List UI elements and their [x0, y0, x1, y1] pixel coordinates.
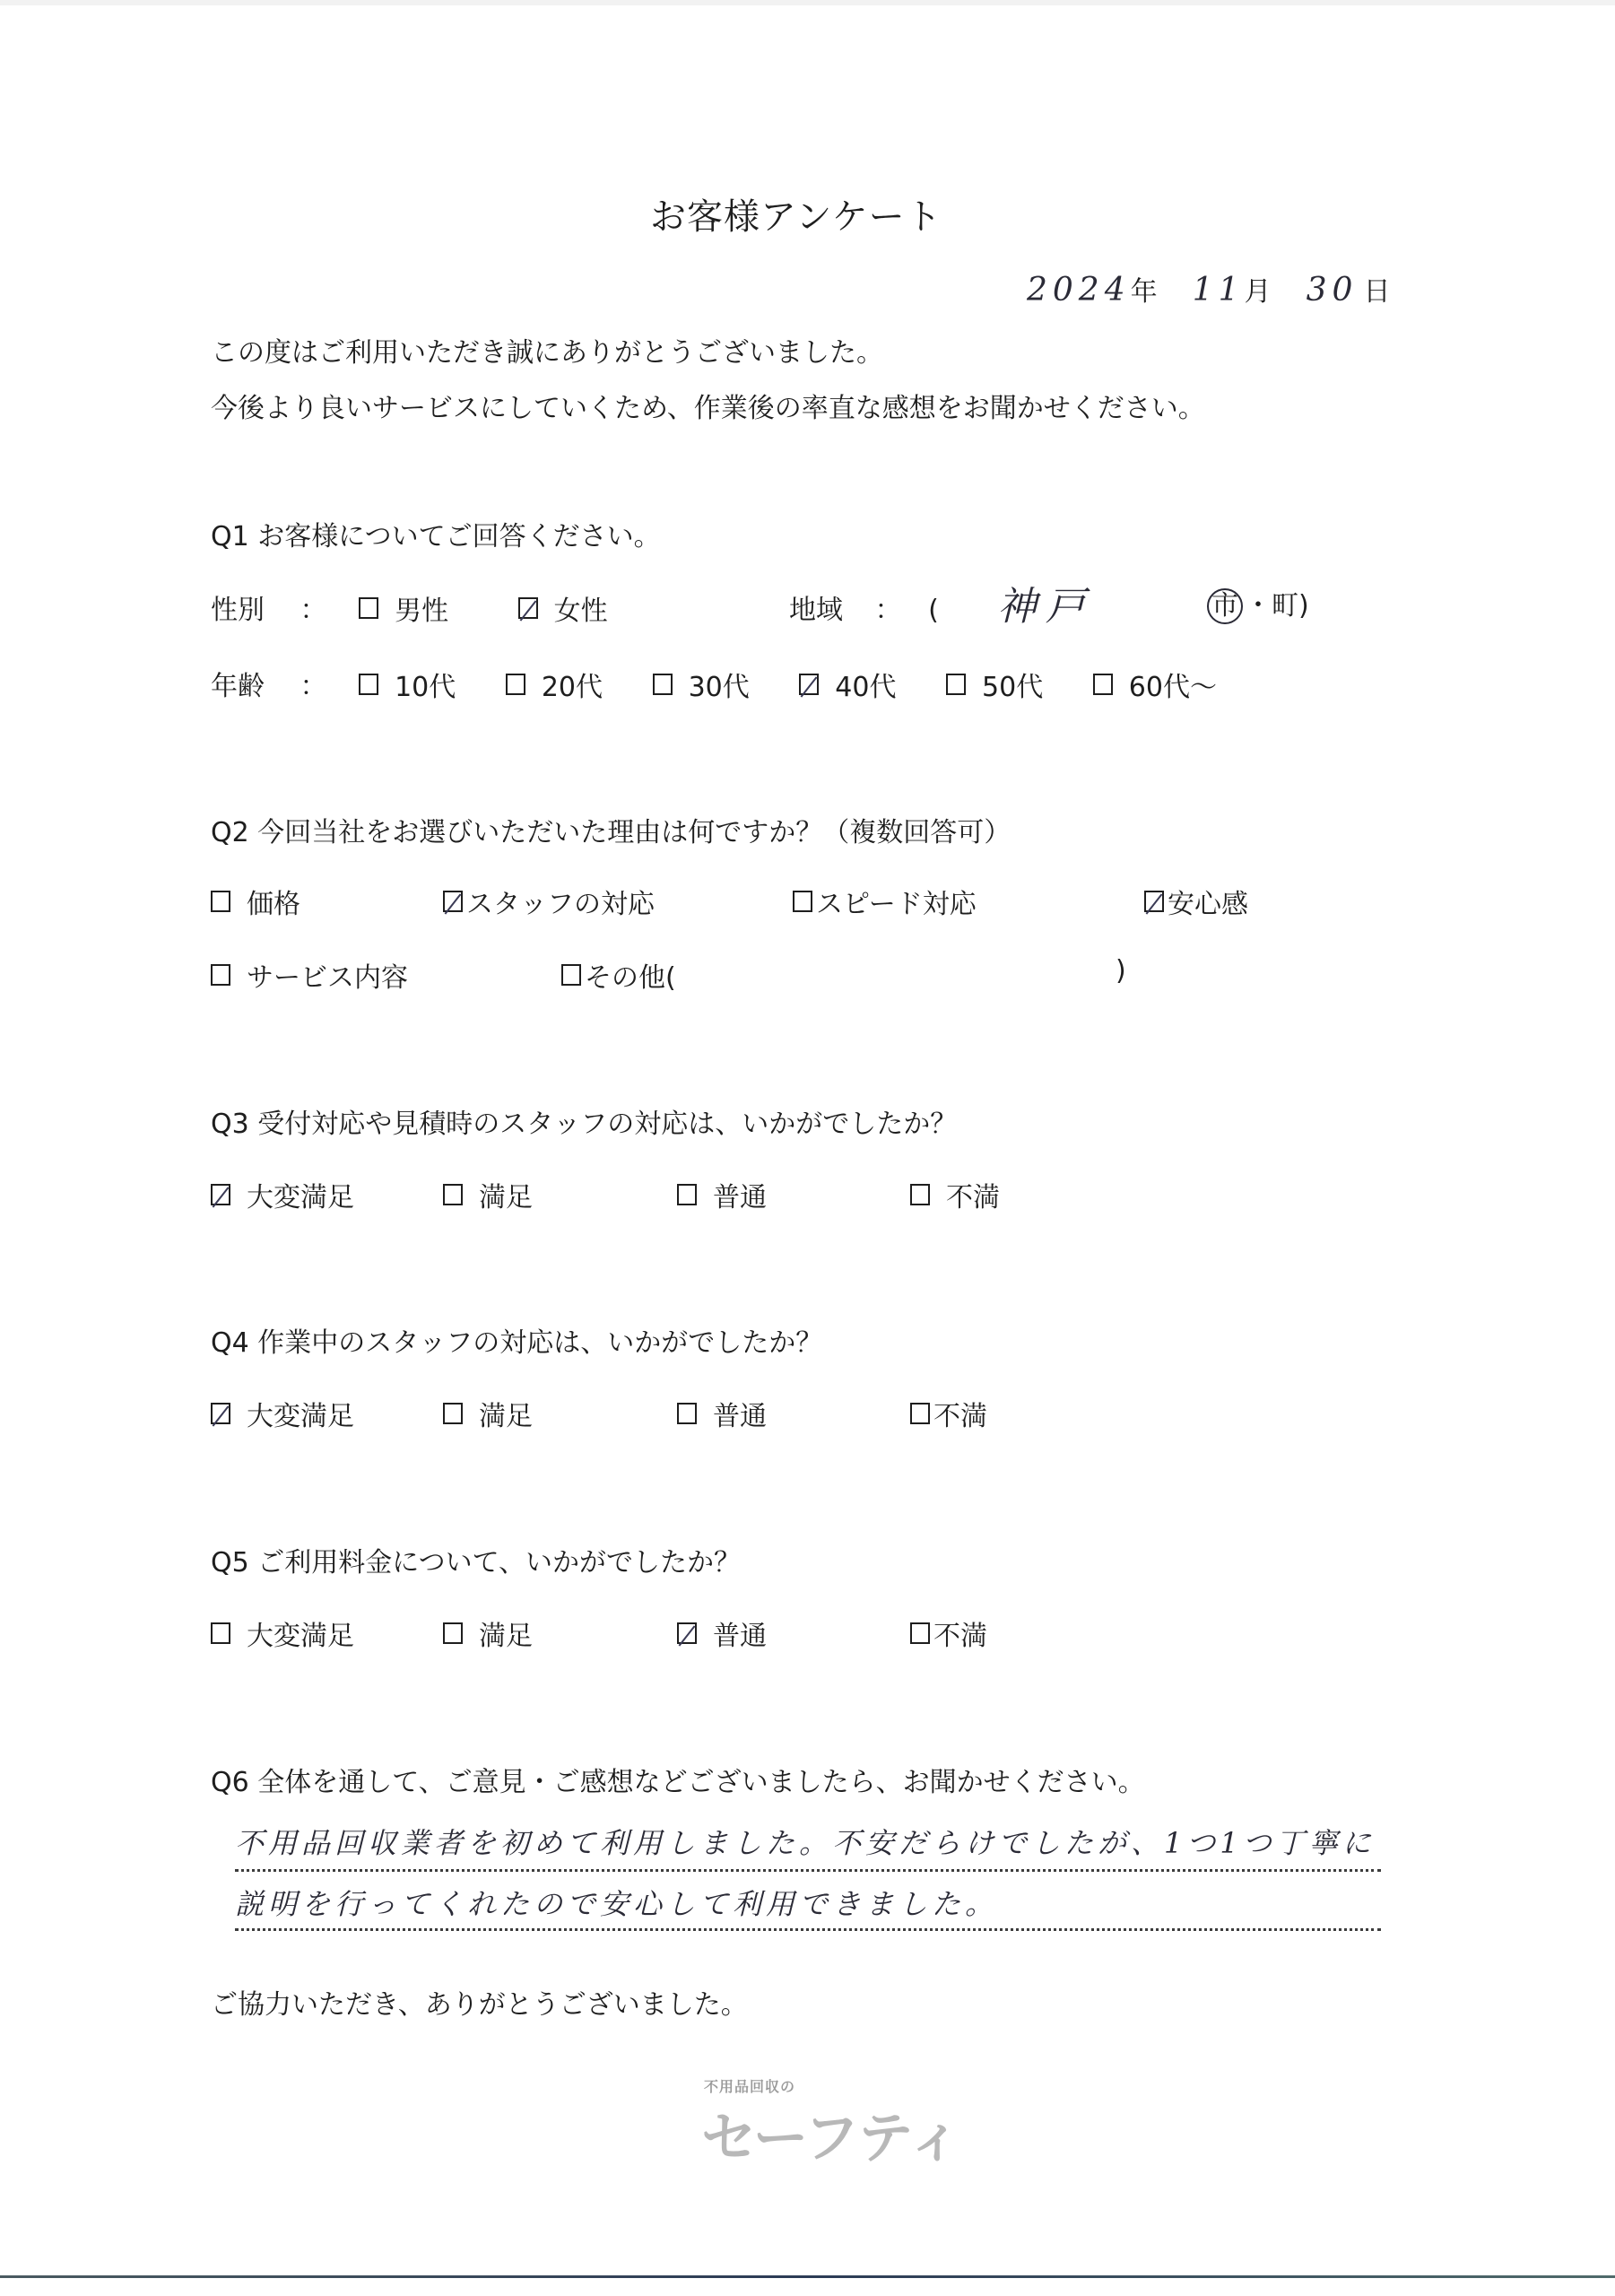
date-line: 2024年 11月 30日: [1027, 269, 1390, 309]
checkbox-q4-satisfied[interactable]: [443, 1403, 463, 1424]
q2-heading: Q2 今回当社をお選びいただいた理由は何ですか？（複数回答可）: [211, 810, 1011, 849]
q5-heading: Q5 ご利用料金について、いかがでしたか？: [211, 1540, 741, 1579]
checkbox-q5-dissatisfied[interactable]: [910, 1622, 930, 1644]
age-option-label: 20代: [542, 665, 603, 704]
checkbox-q5-satisfied[interactable]: [443, 1622, 463, 1644]
q2-option-other[interactable]: その他(: [561, 955, 676, 995]
q4-option-label: 満足: [479, 1394, 533, 1433]
q5-option-label: 大変満足: [247, 1613, 354, 1653]
date-day-unit: 日: [1363, 276, 1390, 308]
checkbox-10s[interactable]: [359, 674, 378, 695]
checkbox-female-checked[interactable]: [518, 597, 538, 619]
q4-option-dissatisfied[interactable]: 不満: [910, 1394, 987, 1433]
q4-option-very-satisfied[interactable]: 大変満足: [211, 1394, 354, 1433]
q2-option-label: 価格: [247, 882, 300, 921]
checkbox-speed[interactable]: [793, 891, 812, 912]
checkbox-q5-average-checked[interactable]: [677, 1622, 697, 1644]
q3-option-very-satisfied[interactable]: 大変満足: [211, 1175, 354, 1214]
age-option-60s-plus[interactable]: 60代～: [1093, 665, 1217, 704]
q1-heading: Q1 お客様についてご回答ください。: [211, 514, 661, 553]
q6-answer-line-1[interactable]: 不用品回収業者を初めて利用しました。不安だらけでしたが、1つ1つ丁寧に: [235, 1821, 1376, 1862]
closing-message: ご協力いただき、ありがとうございました。: [211, 1982, 748, 2022]
age-option-30s[interactable]: 30代: [653, 665, 750, 704]
q4-option-label: 大変満足: [247, 1394, 354, 1433]
checkbox-50s[interactable]: [946, 674, 966, 695]
date-month-unit: 月: [1245, 276, 1272, 308]
q5-option-satisfied[interactable]: 満足: [443, 1613, 533, 1653]
q2-option-label: サービス内容: [247, 955, 408, 995]
q5-option-average[interactable]: 普通: [677, 1613, 767, 1653]
age-option-label: 50代: [982, 665, 1043, 704]
q2-option-peace-of-mind[interactable]: 安心感: [1144, 882, 1248, 921]
date-year[interactable]: 2024: [1027, 272, 1131, 309]
q5-option-dissatisfied[interactable]: 不満: [910, 1613, 987, 1653]
checkbox-q3-dissatisfied[interactable]: [910, 1184, 930, 1205]
age-option-label: 10代: [395, 665, 456, 704]
q2-option-speed[interactable]: スピード対応: [793, 882, 977, 921]
checkbox-q5-very-satisfied[interactable]: [211, 1622, 230, 1644]
gender-label: 性別: [211, 595, 265, 626]
q1-age-row: 年齢 ： 10代 20代 30代 40代 50代 60代～: [211, 664, 1217, 704]
q4-heading: Q4 作業中のスタッフの対応は、いかがでしたか？: [211, 1320, 822, 1360]
q5-option-very-satisfied[interactable]: 大変満足: [211, 1613, 354, 1653]
checkbox-service[interactable]: [211, 964, 230, 986]
scan-top-edge: [0, 0, 1615, 5]
checkbox-20s[interactable]: [506, 674, 525, 695]
q2-option-service[interactable]: サービス内容: [211, 955, 408, 995]
age-option-50s[interactable]: 50代: [946, 665, 1043, 704]
q6-answer-rule-1: [235, 1869, 1381, 1872]
form-title: お客様アンケート: [650, 188, 942, 239]
q2-option-staff[interactable]: スタッフの対応: [443, 882, 655, 921]
region-colon: ：: [875, 595, 902, 626]
checkbox-q3-satisfied[interactable]: [443, 1184, 463, 1205]
intro-line-1: この度はご利用いただき誠にありがとうございました。: [211, 330, 883, 370]
checkbox-q4-very-satisfied-checked[interactable]: [211, 1403, 230, 1424]
q3-option-average[interactable]: 普通: [677, 1175, 767, 1214]
checkbox-q4-dissatisfied[interactable]: [910, 1403, 930, 1424]
age-option-label: 40代: [835, 665, 896, 704]
q5-option-label: 不満: [933, 1613, 987, 1653]
q2-option-label: その他(: [585, 955, 676, 995]
scan-bottom-rule: [0, 2275, 1615, 2278]
age-option-20s[interactable]: 20代: [506, 665, 603, 704]
date-month[interactable]: 11: [1193, 272, 1245, 309]
checkbox-q3-very-satisfied-checked[interactable]: [211, 1184, 230, 1205]
checkbox-price[interactable]: [211, 891, 230, 912]
gender-option-male[interactable]: 男性: [359, 588, 448, 628]
checkbox-30s[interactable]: [653, 674, 673, 695]
q3-heading: Q3 受付対応や見積時のスタッフの対応は、いかがでしたか？: [211, 1101, 957, 1141]
gender-option-label: 女性: [554, 588, 608, 628]
q3-option-label: 不満: [946, 1175, 1000, 1214]
region-separator: ・: [1245, 590, 1272, 622]
q1-gender-row: 性別 ： 男性 女性: [211, 587, 608, 628]
checkbox-60s-plus[interactable]: [1093, 674, 1113, 695]
q2-other-input[interactable]: [690, 955, 1112, 991]
q3-option-label: 大変満足: [247, 1175, 354, 1214]
q1-region-row: 地域 ： (: [789, 587, 939, 627]
q2-option-label: スピード対応: [816, 882, 977, 921]
q2-other-close-paren: ): [1116, 955, 1126, 987]
checkbox-male[interactable]: [359, 597, 378, 619]
region-value-handwritten[interactable]: 神戸: [997, 574, 1094, 631]
q3-option-satisfied[interactable]: 満足: [443, 1175, 533, 1214]
q5-option-label: 普通: [713, 1613, 767, 1653]
age-label: 年齢: [211, 671, 265, 702]
q3-option-dissatisfied[interactable]: 不満: [910, 1175, 1000, 1214]
gender-colon: ：: [300, 595, 327, 626]
date-year-unit: 年: [1131, 276, 1158, 308]
city-option-circled[interactable]: 市: [1207, 588, 1243, 624]
q3-option-label: 普通: [713, 1175, 767, 1214]
age-option-label: 60代～: [1129, 665, 1217, 704]
q2-option-label: 安心感: [1168, 882, 1248, 921]
q4-option-label: 不満: [933, 1394, 987, 1433]
gender-option-label: 男性: [395, 588, 448, 628]
checkbox-40s-checked[interactable]: [799, 674, 819, 695]
q4-option-satisfied[interactable]: 満足: [443, 1394, 533, 1433]
q6-answer-line-2[interactable]: 説明を行ってくれたので安心して利用できました。: [235, 1882, 998, 1923]
checkbox-q3-average[interactable]: [677, 1184, 697, 1205]
region-close-paren: ): [1298, 590, 1309, 622]
q2-option-price[interactable]: 価格: [211, 882, 300, 921]
region-open-paren: (: [928, 595, 939, 626]
intro-line-2: 今後より良いサービスにしていくため、作業後の率直な感想をお聞かせください。: [211, 386, 1205, 425]
q4-option-average[interactable]: 普通: [677, 1394, 767, 1433]
checkbox-other[interactable]: [561, 964, 581, 986]
age-option-label: 30代: [689, 665, 750, 704]
q2-option-label: スタッフの対応: [466, 882, 655, 921]
q3-option-label: 満足: [479, 1175, 533, 1214]
company-logo: セーフティ: [701, 2093, 960, 2173]
region-label: 地域: [789, 595, 843, 626]
age-colon: ：: [300, 671, 327, 702]
age-option-10s[interactable]: 10代: [359, 665, 456, 704]
region-city-town: 市・町): [1207, 583, 1309, 624]
q6-answer-rule-2: [235, 1928, 1381, 1931]
date-day[interactable]: 30: [1307, 272, 1359, 309]
age-option-40s[interactable]: 40代: [799, 665, 896, 704]
q6-heading: Q6 全体を通して、ご意見・ご感想などございましたら、お聞かせください。: [211, 1760, 1145, 1799]
checkbox-staff-checked[interactable]: [443, 891, 463, 912]
town-option[interactable]: 町: [1272, 590, 1298, 622]
checkbox-q4-average[interactable]: [677, 1403, 697, 1424]
gender-option-female[interactable]: 女性: [518, 588, 608, 628]
q4-option-label: 普通: [713, 1394, 767, 1433]
q5-option-label: 満足: [479, 1613, 533, 1653]
checkbox-peace-of-mind-checked[interactable]: [1144, 891, 1164, 912]
